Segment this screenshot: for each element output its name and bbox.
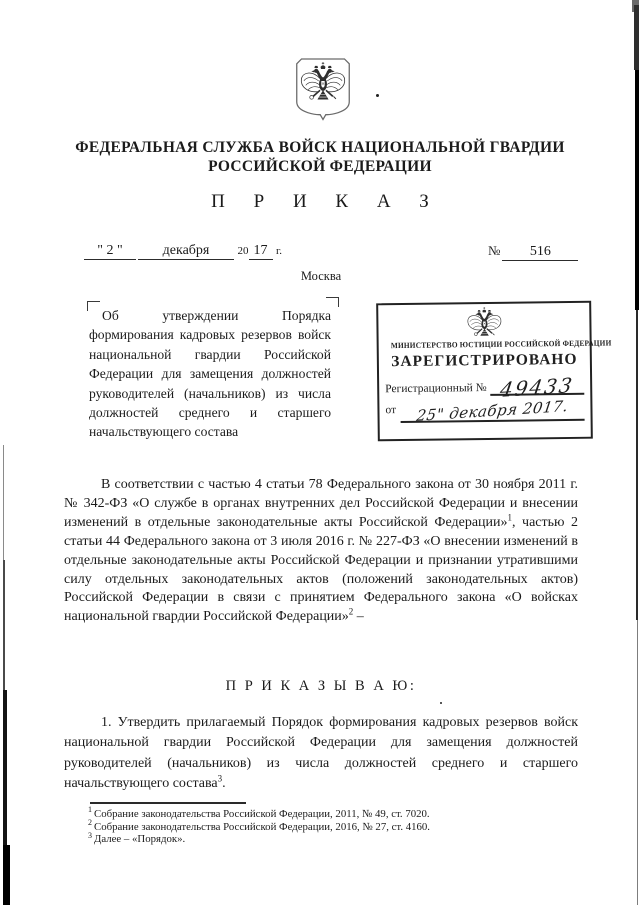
- year-unit: г.: [276, 245, 282, 257]
- scan-edge-right-3: [635, 70, 639, 310]
- scan-edge-right-4: [636, 310, 638, 620]
- order-subject: Об утверждении Порядка формирования кадр…: [89, 306, 331, 442]
- date-month-field: декабря: [138, 243, 234, 260]
- item-1-text: 1. Утвердить прилагаемый Порядок формиро…: [64, 715, 578, 791]
- item-1-paragraph: 1. Утвердить прилагаемый Порядок формиро…: [64, 713, 578, 794]
- date-line: " 2 "декабря 2017 г.: [84, 243, 282, 260]
- authority-line1: ФЕДЕРАЛЬНАЯ СЛУЖБА ВОЙСК НАЦИОНАЛЬНОЙ ГВ…: [0, 139, 640, 158]
- authority-line2: РОССИЙСКОЙ ФЕДЕРАЦИИ: [0, 158, 640, 177]
- scan-edge-left-3: [3, 690, 7, 845]
- footnote-3: 3Далее – «Порядок».: [88, 833, 578, 846]
- intro-paragraph: В соответствии с частью 4 статьи 78 Феде…: [64, 476, 578, 627]
- footnote-2: 2Собрание законодательства Российской Фе…: [88, 821, 578, 834]
- footnote-1-text: Собрание законодательства Российской Фед…: [94, 808, 430, 820]
- registration-stamp: МИНИСТЕРСТВО ЮСТИЦИИ РОССИЙСКОЙ ФЕДЕРАЦИ…: [376, 301, 593, 442]
- preamble-block: В соответствии с частью 4 статьи 78 Феде…: [64, 476, 578, 627]
- date-year-field: 17: [249, 243, 273, 260]
- order-number-line: №516: [488, 243, 578, 261]
- stamp-date-label: от: [385, 404, 396, 416]
- footnote-3-marker: 3: [88, 831, 92, 840]
- footnote-1-marker: 1: [88, 805, 92, 814]
- footnote-3-text: Далее – «Порядок».: [94, 833, 185, 845]
- stamp-ministry-label: МИНИСТЕРСТВО ЮСТИЦИИ РОССИЙСКОЙ ФЕДЕРАЦИ…: [391, 339, 578, 350]
- intro-text-2: , частью 2 статьи 44 Федерального закона…: [64, 515, 578, 625]
- footnote-1: 1Собрание законодательства Российской Фе…: [88, 808, 578, 821]
- stamp-regnum-underline: 49433: [490, 371, 584, 396]
- scan-edge-left-2: [3, 560, 5, 690]
- intro-text-1: В соответствии с частью 4 статьи 78 Феде…: [64, 477, 578, 530]
- stamp-date-underline: 25" декабря 2017.: [400, 397, 585, 423]
- document-type-title: П Р И К А З: [0, 191, 640, 213]
- command-word: П Р И К А З Ы В А Ю:: [64, 678, 578, 695]
- scan-edge-right-5: [637, 620, 638, 905]
- order-number: 516: [502, 244, 578, 261]
- stamp-date-value: 25" декабря 2017.: [415, 397, 569, 425]
- stamp-registered-label: ЗАРЕГИСТРИРОВАНО: [383, 351, 586, 371]
- scan-edge-right-2: [634, 5, 639, 70]
- stamp-regnum-line: Регистрационный № 49433: [383, 371, 586, 397]
- scan-speck-1: [376, 94, 379, 97]
- footnote-separator: [90, 802, 246, 804]
- footnotes: 1Собрание законодательства Российской Фе…: [88, 808, 578, 846]
- document-page: ФЕДЕРАЛЬНАЯ СЛУЖБА ВОЙСК НАЦИОНАЛЬНОЙ ГВ…: [0, 0, 640, 905]
- coat-of-arms-icon: [291, 55, 355, 125]
- issuing-authority: ФЕДЕРАЛЬНАЯ СЛУЖБА ВОЙСК НАЦИОНАЛЬНОЙ ГВ…: [0, 139, 640, 176]
- city-label: Москва: [64, 269, 578, 284]
- date-day-field: " 2 ": [84, 243, 136, 260]
- order-items-block: 1. Утвердить прилагаемый Порядок формиро…: [64, 713, 578, 794]
- scan-edge-left-4: [3, 845, 10, 905]
- year-prefix: 20: [238, 245, 249, 257]
- footnote-2-text: Собрание законодательства Российской Фед…: [94, 821, 430, 833]
- footnote-2-marker: 2: [88, 818, 92, 827]
- item-1-period: .: [222, 776, 226, 791]
- stamp-date-line: от 25" декабря 2017.: [383, 397, 586, 423]
- stamp-eagle-icon: [464, 307, 504, 339]
- number-sign: №: [488, 243, 500, 258]
- scan-edge-left-1: [3, 445, 4, 560]
- scan-speck-2: [440, 702, 442, 704]
- stamp-regnum-label: Регистрационный №: [385, 382, 487, 395]
- intro-text-3: –: [353, 609, 364, 624]
